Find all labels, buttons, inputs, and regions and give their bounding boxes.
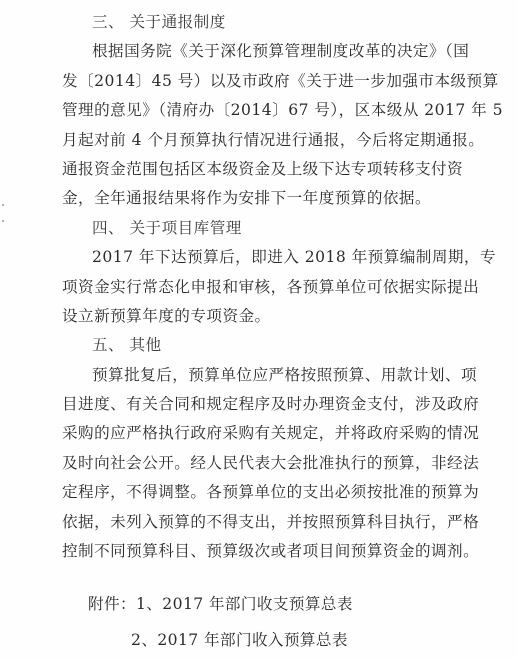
attachment-item: 2、2017 年部门收入预算总表 (88, 622, 353, 658)
paragraph-line: 2017 年下达预算后，即进入 2018 年预算编制周期，专 (62, 243, 446, 272)
attachments-label: 附件： (88, 586, 136, 622)
paragraph-line: 项资金实行常态化申报和审核，各预算单位可依据实际提出 (62, 273, 446, 302)
section-heading-project-library: 四、 关于项目库管理 (62, 214, 446, 243)
paragraph-line: 控制不同预算科目、预算级次或者项目间预算资金的调剂。 (62, 537, 446, 566)
paragraph-line: 金，全年通报结果将作为安排下一年度预算的依据。 (62, 184, 446, 213)
paragraph-line: 定程序，不得调整。各预算单位的支出必须按批准的预算为 (62, 478, 446, 507)
paragraph-line: 月起对前 4 个月预算执行情况进行通报，今后将定期通报。 (62, 126, 446, 155)
paragraph-line: 设立新预算年度的专项资金。 (62, 302, 446, 331)
paragraph-line: 通报资金范围包括区本级资金及上级下达专项转移支付资 (62, 155, 446, 184)
scanned-document-page: 三、 关于通报制度 根据国务院《关于深化预算管理制度改革的决定》（国 发〔201… (0, 0, 517, 660)
document-body: 三、 关于通报制度 根据国务院《关于深化预算管理制度改革的决定》（国 发〔201… (62, 8, 446, 566)
paragraph-line: 及时向社会公开。经人民代表大会批准执行的预算，非经法 (62, 449, 446, 478)
attachments-list: 附件：1、2017 年部门收支预算总表 2、2017 年部门收入预算总表 (88, 586, 353, 658)
section-heading-notification-system: 三、 关于通报制度 (62, 8, 446, 37)
attachment-item: 附件：1、2017 年部门收支预算总表 (88, 586, 353, 622)
paragraph-line: 发〔2014〕45 号）以及市政府《关于进一步加强市本级预算 (62, 67, 446, 96)
attachment-title: 1、2017 年部门收支预算总表 (136, 595, 353, 613)
section-heading-other: 五、 其他 (62, 331, 446, 360)
paragraph-line: 采购的应严格执行政府采购有关规定，并将政府采购的情况 (62, 419, 446, 448)
binding-mark (2, 220, 4, 222)
binding-mark (2, 204, 4, 206)
paragraph-line: 预算批复后，预算单位应严格按照预算、用款计划、项 (62, 361, 446, 390)
attachment-title: 2、2017 年部门收入预算总表 (131, 631, 348, 649)
paragraph-line: 依据，未列入预算的不得支出，并按照预算科目执行，严格 (62, 508, 446, 537)
paragraph-line: 根据国务院《关于深化预算管理制度改革的决定》（国 (62, 37, 446, 66)
paragraph-line: 管理的意见》（清府办〔2014〕67 号），区本级从 2017 年 5 (62, 96, 446, 125)
paragraph-line: 目进度、有关合同和规定程序及时办理资金支付，涉及政府 (62, 390, 446, 419)
